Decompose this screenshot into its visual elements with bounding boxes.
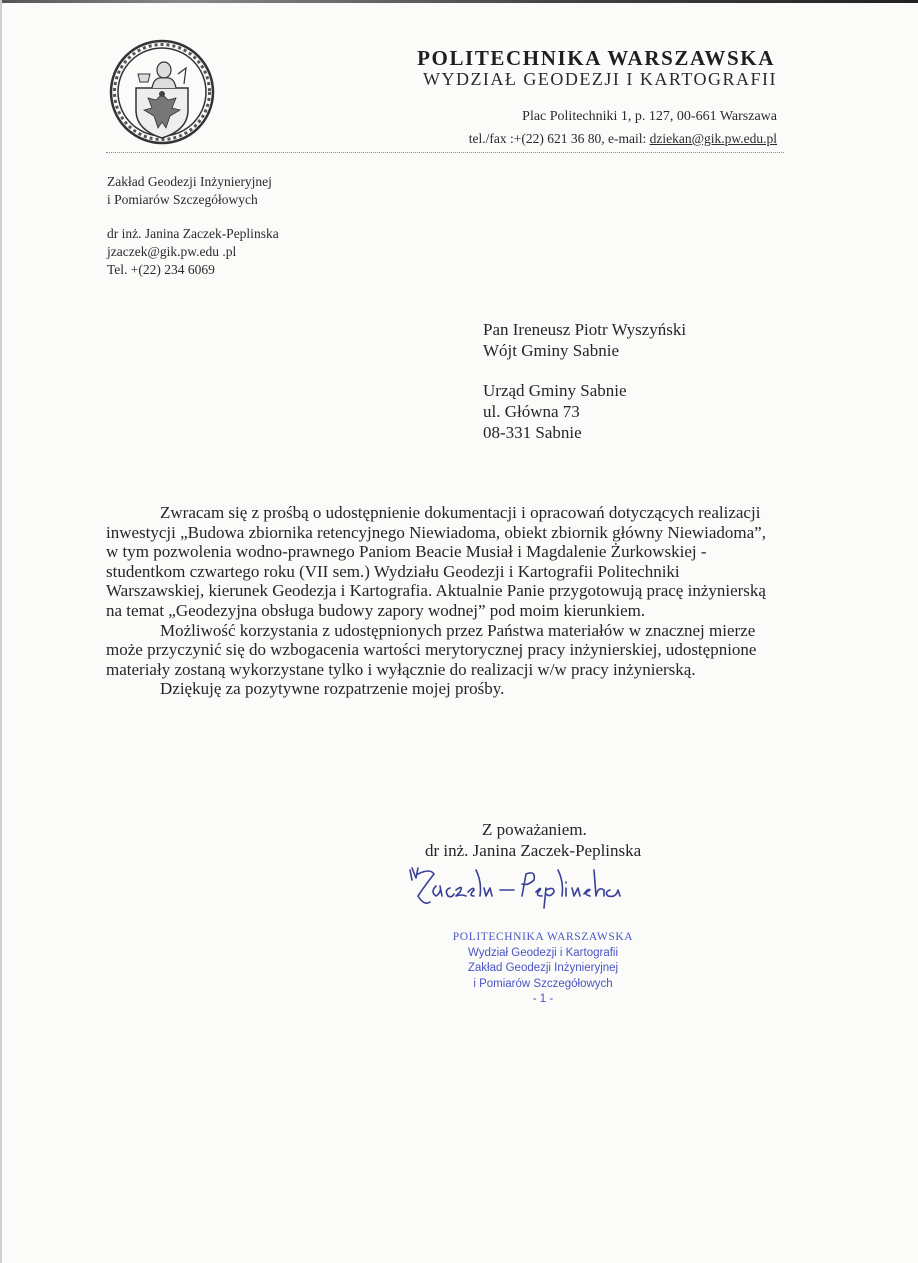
recipient-office: Urząd Gminy Sabnie bbox=[483, 380, 686, 401]
scan-edge-top bbox=[0, 0, 918, 3]
handwritten-signature bbox=[404, 862, 666, 912]
stamp-department: Zakład Geodezji Inżynieryjnej bbox=[430, 961, 656, 977]
closing-signatory: dr inż. Janina Zaczek-Peplinska bbox=[425, 840, 641, 861]
recipient-name: Pan Ireneusz Piotr Wyszyński bbox=[483, 319, 686, 340]
letter-body: Zwracam się z prośbą o udostępnienie dok… bbox=[106, 503, 778, 699]
recipient-street: ul. Główna 73 bbox=[483, 401, 686, 422]
sender-department: Zakład Geodezji Inżynieryjnej bbox=[107, 173, 279, 191]
sender-email: jzaczek@gik.pw.edu .pl bbox=[107, 243, 279, 261]
stamp-university: POLITECHNIKA WARSZAWSKA bbox=[430, 930, 656, 946]
sender-phone: Tel. +(22) 234 6069 bbox=[107, 261, 279, 279]
faculty-address: Plac Politechniki 1, p. 127, 00-661 Wars… bbox=[0, 109, 777, 125]
university-name: POLITECHNIKA WARSZAWSKA bbox=[0, 46, 775, 71]
recipient-block: Pan Ireneusz Piotr Wyszyński Wójt Gminy … bbox=[483, 319, 686, 443]
scan-edge-left bbox=[0, 0, 2, 1263]
body-paragraph: Dziękuję za pozytywne rozpatrzenie mojej… bbox=[106, 679, 778, 699]
stamp-faculty: Wydział Geodezji i Kartografii bbox=[430, 946, 656, 962]
body-paragraph: Zwracam się z prośbą o udostępnienie dok… bbox=[106, 503, 778, 621]
page-number: - 1 - bbox=[430, 992, 656, 1008]
faculty-email-link[interactable]: dziekan@gik.pw.edu.pl bbox=[650, 131, 777, 146]
department-stamp: POLITECHNIKA WARSZAWSKA Wydział Geodezji… bbox=[430, 930, 656, 1008]
stamp-department-cont: i Pomiarów Szczegółowych bbox=[430, 977, 656, 993]
faculty-name: WYDZIAŁ GEODEZJI I KARTOGRAFII bbox=[0, 69, 777, 90]
sender-name: dr inż. Janina Zaczek-Peplinska bbox=[107, 225, 279, 243]
recipient-title: Wójt Gminy Sabnie bbox=[483, 340, 686, 361]
sender-block: Zakład Geodezji Inżynieryjnej i Pomiarów… bbox=[107, 173, 279, 279]
letterhead-divider bbox=[106, 152, 784, 153]
faculty-contact: tel./fax :+(22) 621 36 80, e-mail: dziek… bbox=[0, 131, 777, 147]
closing-salutation: Z poważaniem. bbox=[482, 819, 587, 840]
faculty-phone: tel./fax :+(22) 621 36 80, e-mail: bbox=[469, 131, 650, 146]
body-paragraph: Możliwość korzystania z udostępnionych p… bbox=[106, 621, 778, 680]
sender-department-cont: i Pomiarów Szczegółowych bbox=[107, 191, 279, 209]
recipient-postal: 08-331 Sabnie bbox=[483, 422, 686, 443]
